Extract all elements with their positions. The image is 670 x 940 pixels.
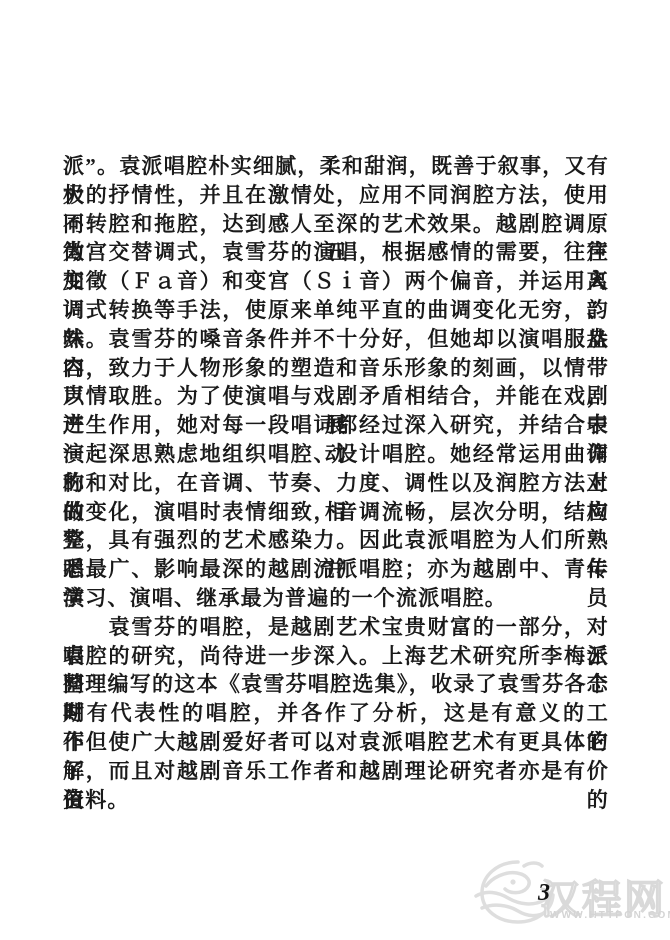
watermark-site-url: WWW.HTTPCN.COM xyxy=(550,910,670,921)
text-line: 整理编写的这本《袁雪芬唱腔选集》，收录了袁雪芬各个时 xyxy=(63,670,609,699)
text-line: 唱最广、影响最深的越剧流派唱腔；亦为越剧中、青年演员 xyxy=(63,555,609,584)
text-line: 期有代表性的唱腔，并各作了分析，这是有意义的工作。它 xyxy=(63,699,609,728)
page-number: 3 xyxy=(538,880,550,907)
text-line: 解，而且对越剧音乐工作者和越剧理论研究者亦是有价值的 xyxy=(63,757,609,786)
text-line: 徵宫交替调式，袁雪芬的演唱，根据感情的需要，往往加入 xyxy=(63,238,609,267)
text-line: 派”。袁派唱腔朴实细腻，柔和甜润，既善于叙事，又有极 xyxy=(63,152,609,181)
text-line: 容，致力于人物形象的塑造和音乐形象的刻画，以情带声， xyxy=(63,354,609,383)
text-line: 产生作用，她对每一段唱词都经过深入研究，并结合表演动作 xyxy=(63,411,609,440)
text-line: 袁雪芬的唱腔，是越剧艺术宝贵财富的一部分，对袁派 xyxy=(63,613,609,642)
text-line: 一起深思熟虑地组织唱腔、设计唱腔。她经常运用曲调的对 xyxy=(63,440,609,469)
watermark: 汉程网 WWW.HTTPCN.COM xyxy=(472,850,670,935)
text-line: 同转腔和拖腔，达到感人至深的艺术效果。越剧腔调原为五声 xyxy=(63,210,609,239)
text-line: 变徵（Ｆａ音）和变宫（Ｓｉ音）两个偏音，并运用离调、 xyxy=(63,267,609,296)
body-text: 派”。袁派唱腔朴实细腻，柔和甜润，既善于叙事，又有极大的抒情性，并且在激情处，应… xyxy=(63,152,609,814)
text-line: 唱腔的研究，尚待进一步深入。上海艺术研究所李梅云同志 xyxy=(63,642,609,671)
book-page: 派”。袁派唱腔朴实细腻，柔和甜润，既善于叙事，又有极大的抒情性，并且在激情处，应… xyxy=(0,0,670,940)
text-line: 的变化，演唱时表情细致，音调流畅，层次分明，结构完 xyxy=(63,498,609,527)
text-line: 整，具有强烈的艺术感染力。因此袁派唱腔为人们所熟悉并传 xyxy=(63,526,609,555)
text-line: 调式转换等手法，使原来单纯平直的曲调变化无穷，韵味盎 xyxy=(63,296,609,325)
text-line: 然。袁雪芬的嗓音条件并不十分好，但她却以演唱服从内 xyxy=(63,325,609,354)
text-line: 以情取胜。为了使演唱与戏剧矛盾相结合，并能在戏剧进展中 xyxy=(63,382,609,411)
text-line: 大的抒情性，并且在激情处，应用不同润腔方法，使用不 xyxy=(63,181,609,210)
text-line: 称和对比，在音调、节奏、力度、调性以及润腔方法上做相应 xyxy=(63,469,609,498)
text-line: 不但使广大越剧爱好者可以对袁派唱腔艺术有更具体的了 xyxy=(63,728,609,757)
